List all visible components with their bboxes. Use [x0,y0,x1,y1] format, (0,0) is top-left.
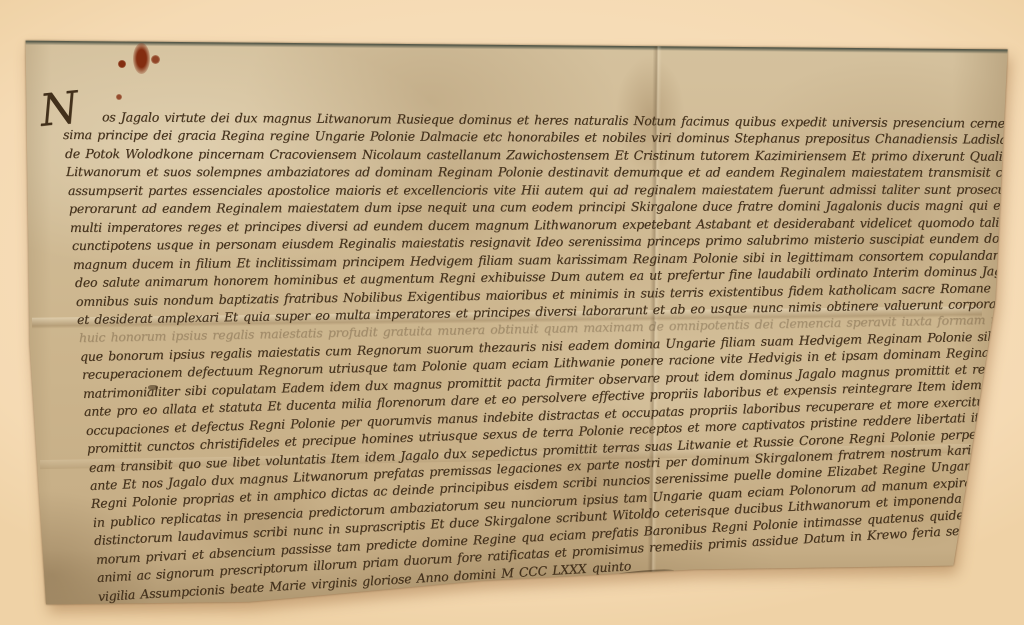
parchment-shadow: N os Jagalo virtute dei dux magnus Litwa… [0,0,1024,625]
photo-background: N os Jagalo virtute dei dux magnus Litwa… [0,0,1024,625]
text-line: Litwanorum et suos solempnes ambaziatore… [66,163,1024,182]
top-edge-shadow [22,37,1012,54]
red-ink-blot [151,55,160,64]
red-ink-blot [133,43,150,74]
manuscript-text: N os Jagalo virtute dei dux magnus Litwa… [62,104,998,604]
red-ink-blot [116,94,122,100]
red-ink-blot [118,60,126,68]
parchment-document: N os Jagalo virtute dei dux magnus Litwa… [0,0,1024,625]
